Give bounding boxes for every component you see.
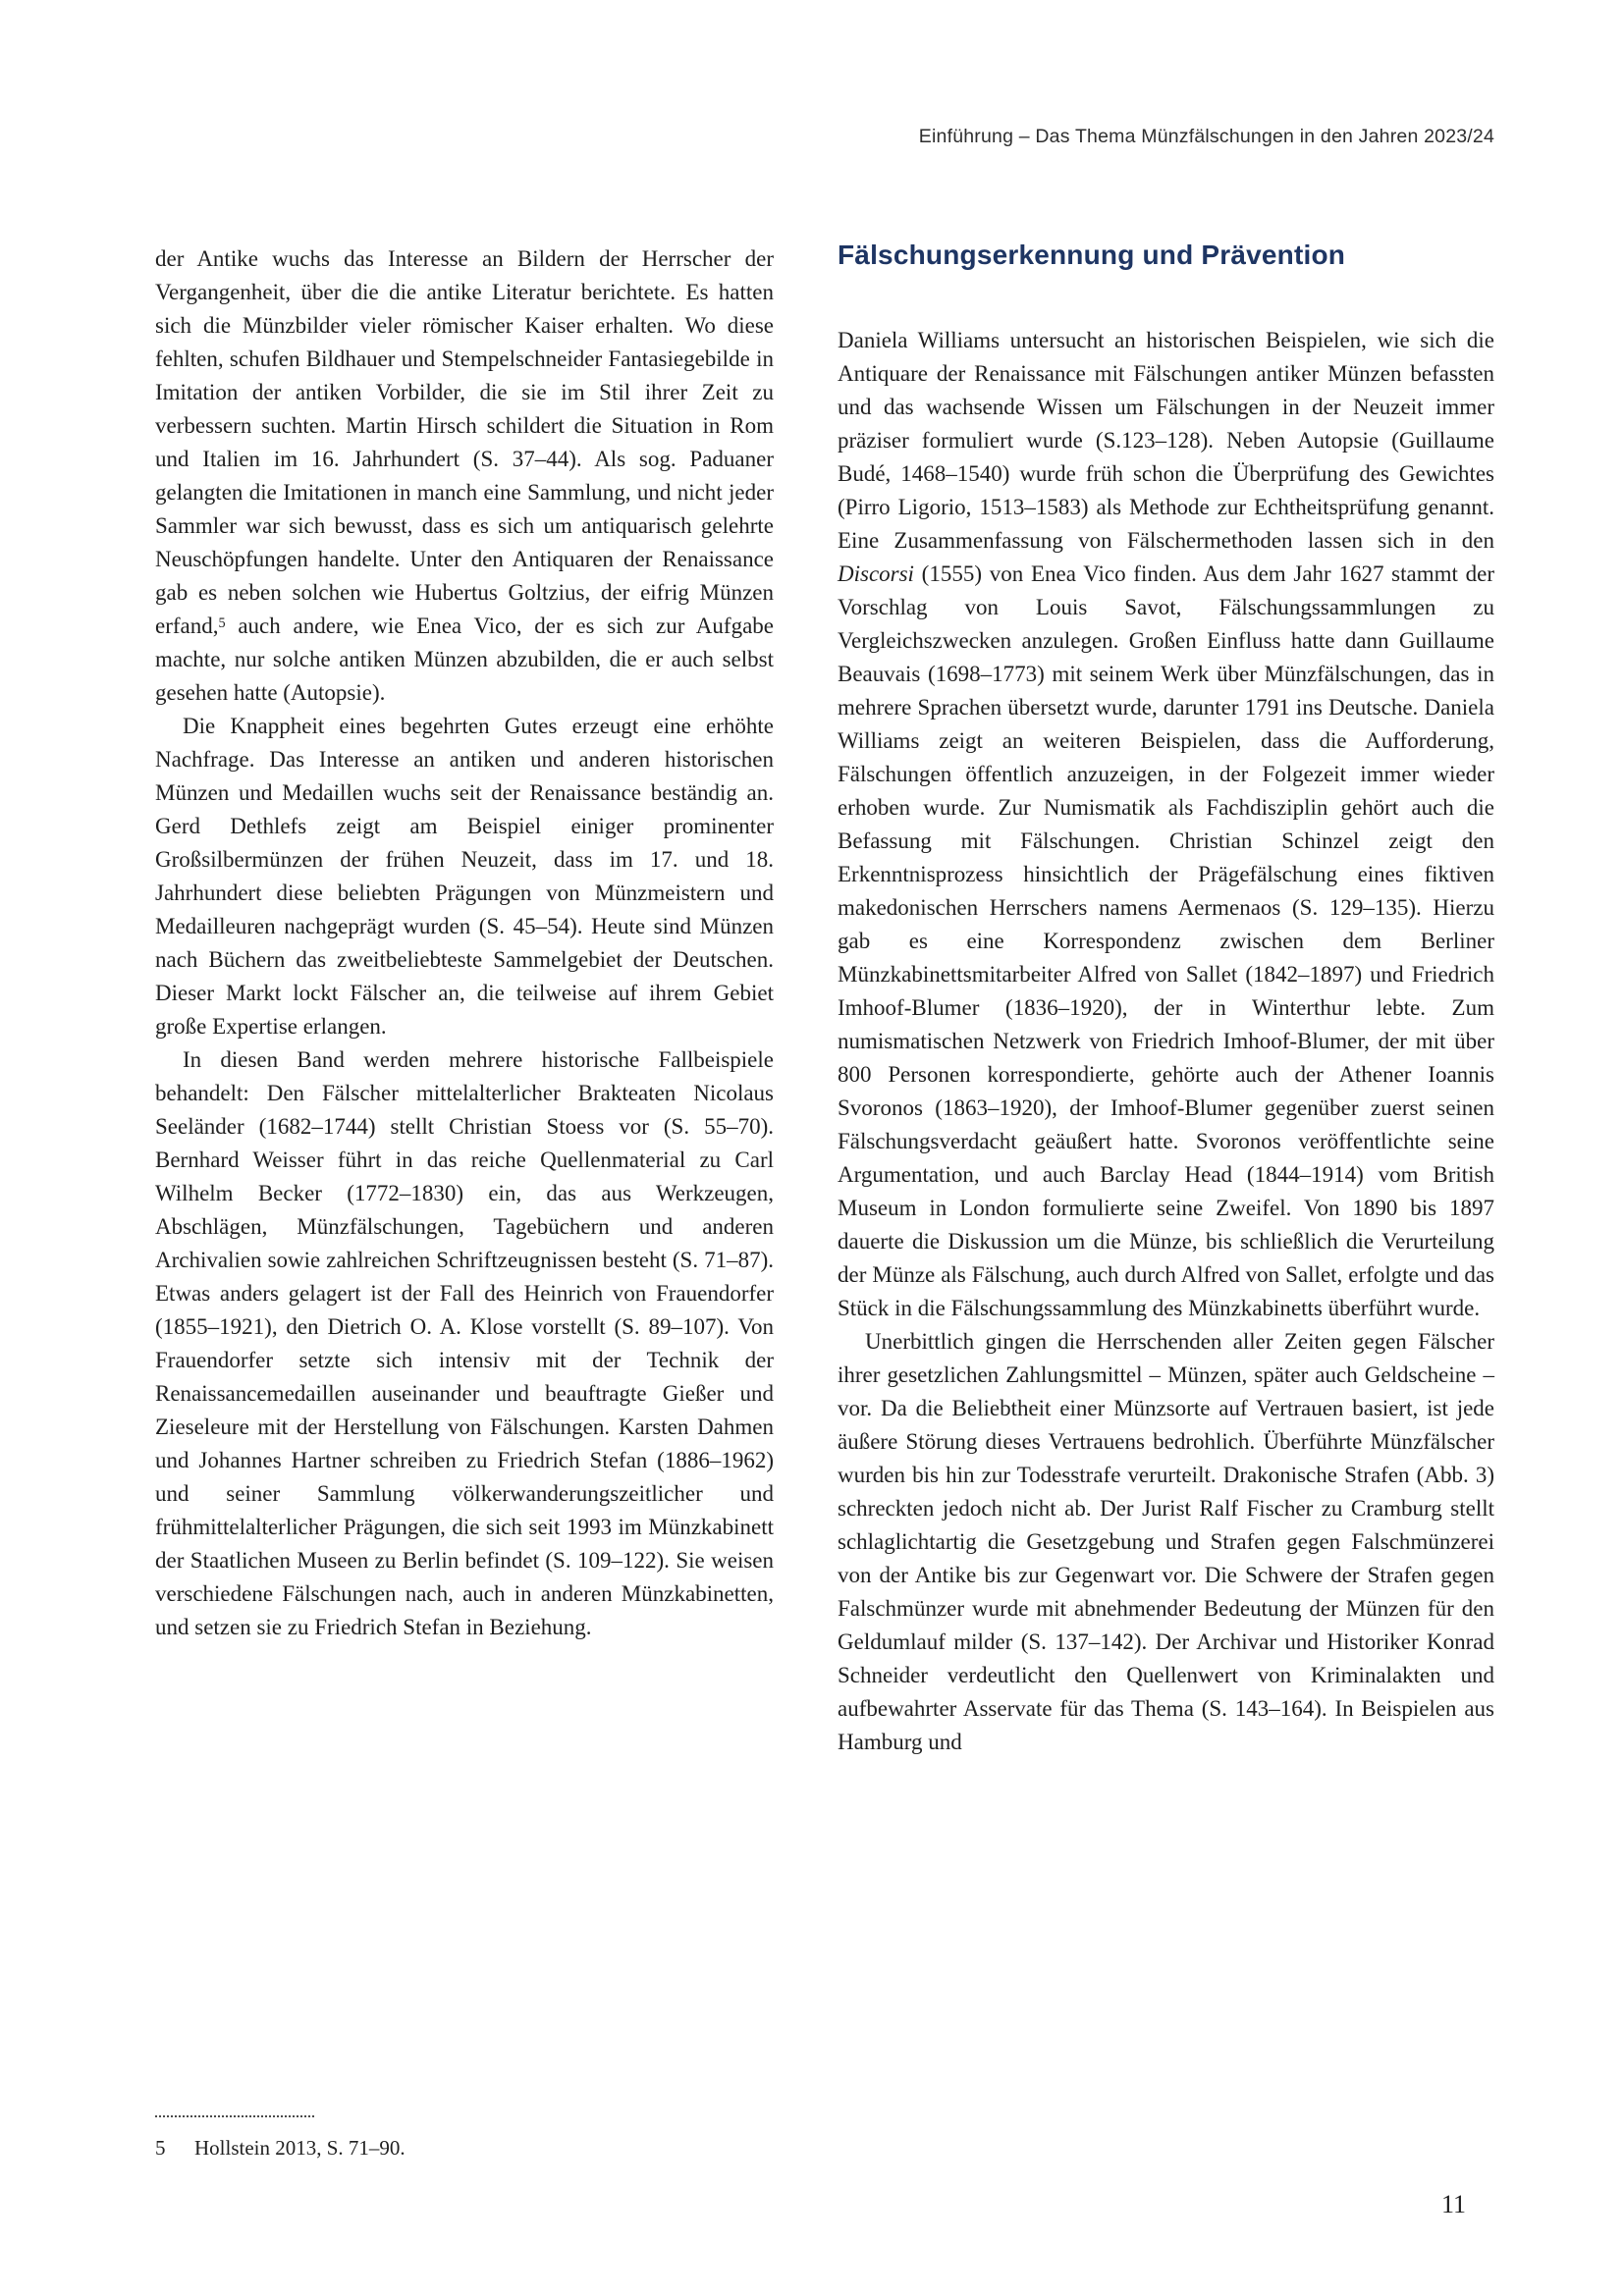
running-head: Einführung – Das Thema Münzfälschungen i… xyxy=(919,125,1494,148)
paragraph-text: (1555) von Enea Vico finden. Aus dem Jah… xyxy=(838,561,1494,1320)
footnote: 5Hollstein 2013, S. 71–90. xyxy=(155,2134,406,2162)
paragraph: Daniela Williams untersucht an historisc… xyxy=(838,324,1494,1325)
paragraph: In diesen Band werden mehrere historisch… xyxy=(155,1043,774,1644)
paragraph: Unerbittlich gingen die Herrschenden all… xyxy=(838,1325,1494,1759)
paragraph-text: auch andere, wie Enea Vico, der es sich … xyxy=(155,614,774,705)
footnote-divider xyxy=(155,2115,314,2117)
italic-term: Discorsi xyxy=(838,561,914,586)
left-column: der Antike wuchs das Interesse an Bilder… xyxy=(155,242,774,1644)
paragraph: Die Knappheit eines begehrten Gutes erze… xyxy=(155,710,774,1043)
footnote-text: Hollstein 2013, S. 71–90. xyxy=(194,2136,406,2160)
paragraph-text: der Antike wuchs das Interesse an Bilder… xyxy=(155,246,774,638)
footnote-marker: 5 xyxy=(155,2134,194,2162)
footnote-reference: 5 xyxy=(219,615,226,631)
paragraph-text: Daniela Williams untersucht an historisc… xyxy=(838,328,1494,553)
right-column: Fälschungserkennung und Prävention Danie… xyxy=(838,239,1494,1759)
page-number: 11 xyxy=(1441,2189,1466,2220)
paragraph-continuation: der Antike wuchs das Interesse an Bilder… xyxy=(155,242,774,710)
document-page: Einführung – Das Thema Münzfälschungen i… xyxy=(0,0,1624,2296)
section-heading: Fälschungserkennung und Prävention xyxy=(838,239,1494,272)
